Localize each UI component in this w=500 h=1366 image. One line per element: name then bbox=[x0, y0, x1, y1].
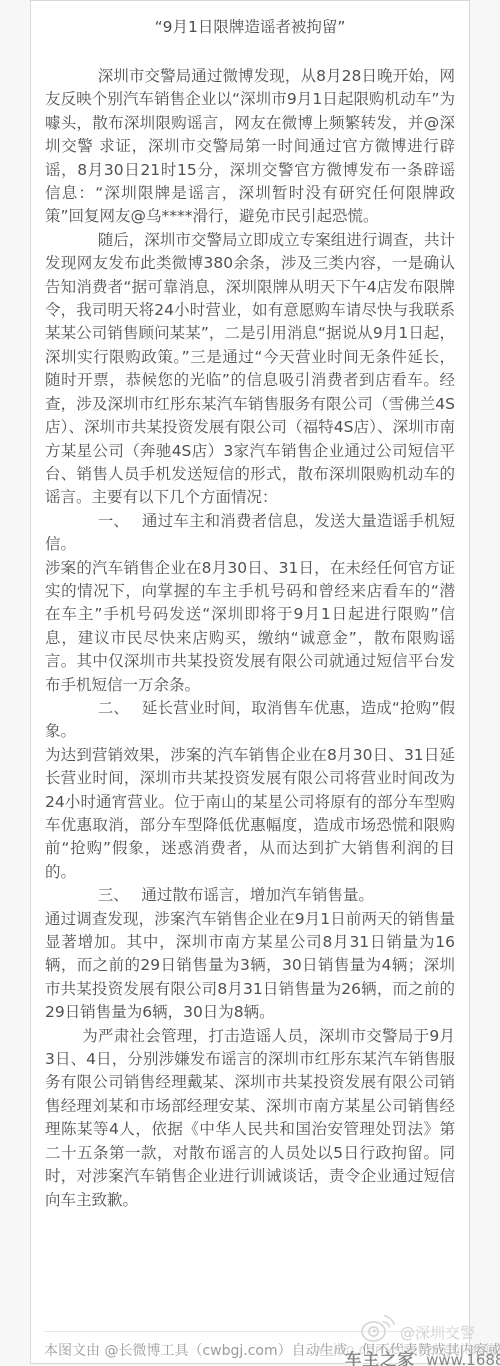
article-paragraph: 为严肃社会管理，打击造谣人员，深圳市交警局于9月3日、4日，分别涉嫌发布谣言的深… bbox=[45, 1025, 455, 1212]
weibo-logo-icon bbox=[360, 1312, 396, 1348]
content-card: “9月1日限牌造谣者被拘留” 深圳市交警局通过微博发现，从8月28日晚开始，网友… bbox=[30, 0, 470, 1364]
site-watermark: 车主之家 www.16888.com bbox=[345, 1346, 500, 1366]
article-paragraph: 深圳市交警局通过微博发现，从8月28日晚开始，网友反映个别汽车销售企业以“深圳市… bbox=[45, 65, 455, 229]
article-paragraph: 一、 通过车主和消费者信息，发送大量造谣手机短信。 bbox=[45, 510, 455, 557]
page-title: “9月1日限牌造谣者被拘留” bbox=[45, 16, 455, 39]
site-url: www.16888.com bbox=[426, 1351, 500, 1366]
article-body: 深圳市交警局通过微博发现，从8月28日晚开始，网友反映个别汽车销售企业以“深圳市… bbox=[45, 65, 455, 1212]
article-paragraph: 为达到营销效果，涉案的汽车销售企业在8月30日、31日延长营业时间，深圳市共某投… bbox=[45, 744, 455, 884]
article-paragraph: 二、 延长营业时间，取消售车优惠，造成“抢购”假象。 bbox=[45, 697, 455, 744]
site-name: 车主之家 bbox=[345, 1350, 415, 1366]
weibo-account-watermark: @深圳交警 bbox=[400, 1322, 475, 1343]
article-paragraph: 三、 通过散布谣言，增加汽车销售量。 bbox=[45, 884, 455, 907]
article-paragraph: 涉案的汽车销售企业在8月30日、31日，在未经任何官方证实的情况下，向掌握的车主… bbox=[45, 557, 455, 697]
article-paragraph: 随后，深圳市交警局立即成立专案组进行调查，共计发现网友发布此类微博380余条，涉… bbox=[45, 229, 455, 510]
article-paragraph: 通过调查发现，涉案汽车销售企业在9月1日前两天的销售量显著增加。其中，深圳市南方… bbox=[45, 908, 455, 1025]
